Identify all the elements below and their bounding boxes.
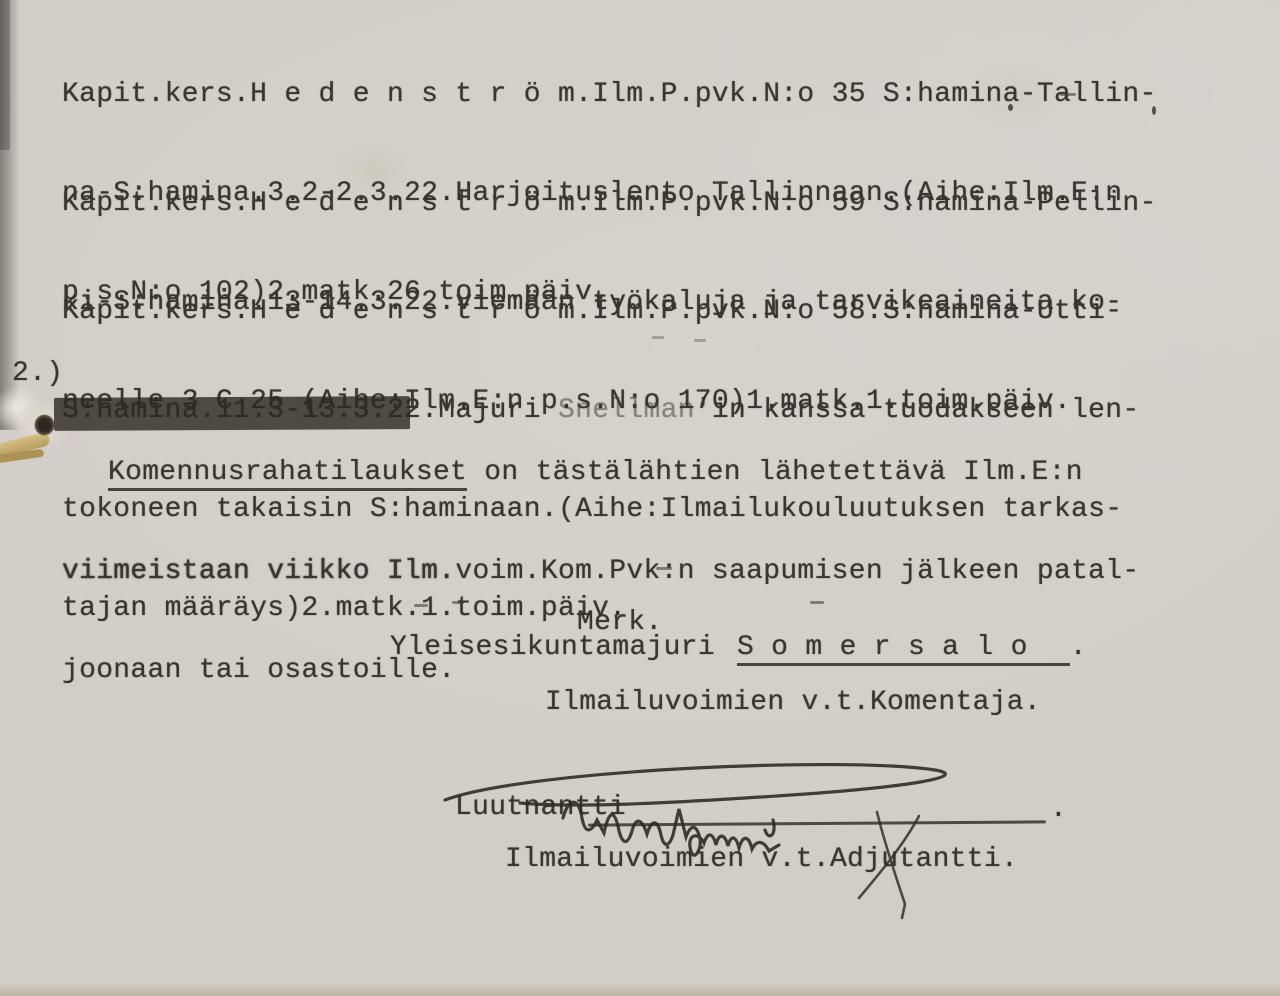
page-bottom-edge	[0, 984, 1280, 996]
document-scan-page: Kapit.kers.H e d e n s t r ö m.Ilm.P.pvk…	[0, 0, 1280, 996]
stray-mark	[1060, 93, 1076, 96]
commander-signature-line: YleisesikuntamajuriS o m e r s a l o.	[390, 631, 1087, 664]
period: .	[1070, 632, 1087, 663]
stray-mark	[652, 336, 664, 339]
text-line: Kapit.kers.H e d e n s t r ö m.Ilm.P.pvk…	[62, 187, 1157, 220]
text-line: Kapit.kers.H e d e n s t r ö m.Ilm.P.pvk…	[62, 78, 1157, 111]
text-line: viimeistaan viikko Ilm.voim.Kom.Pvk:n sa…	[62, 555, 1139, 588]
commander-role-line: Ilmailuvoimien v.t.Komentaja.	[545, 686, 1041, 719]
text-line: Kapit.kers.H e d e n s t r ö m.Ilm.P.pvk…	[62, 295, 1139, 328]
stray-mark	[452, 601, 464, 604]
underlined-text: Komennusrahatilaukset	[108, 457, 467, 491]
stray-mark	[1008, 104, 1013, 111]
page-edge-shadow-top	[0, 0, 10, 150]
text-segment: on tästälähtien lähetettävä Ilm.E:n	[467, 457, 1083, 488]
text-line: Komennusrahatilaukset on tästälähtien lä…	[62, 456, 1139, 489]
stray-mark	[1152, 106, 1156, 115]
stray-mark	[414, 604, 428, 607]
period: .	[1050, 793, 1067, 826]
rank-title: Yleisesikuntamajuri	[390, 632, 715, 663]
overstruck-text: viimeistaan viikko Ilm.	[62, 556, 455, 587]
typed-name: S o m e r s a l o	[737, 632, 1028, 663]
pen-cross-mark	[845, 800, 935, 925]
adjutant-role-line: Ilmailuvoimien v.t.Adjutantti.	[505, 843, 1018, 876]
stray-mark	[810, 601, 824, 604]
typed-name-underlined: S o m e r s a l o	[737, 632, 1070, 666]
text-segment: voim.Kom.Pvk:n saapumisen jälkeen patal-	[455, 556, 1139, 587]
overstrike-line	[54, 396, 410, 431]
stray-mark	[656, 567, 672, 570]
item-2-marker: 2.)	[12, 357, 63, 390]
stray-mark	[694, 339, 706, 342]
